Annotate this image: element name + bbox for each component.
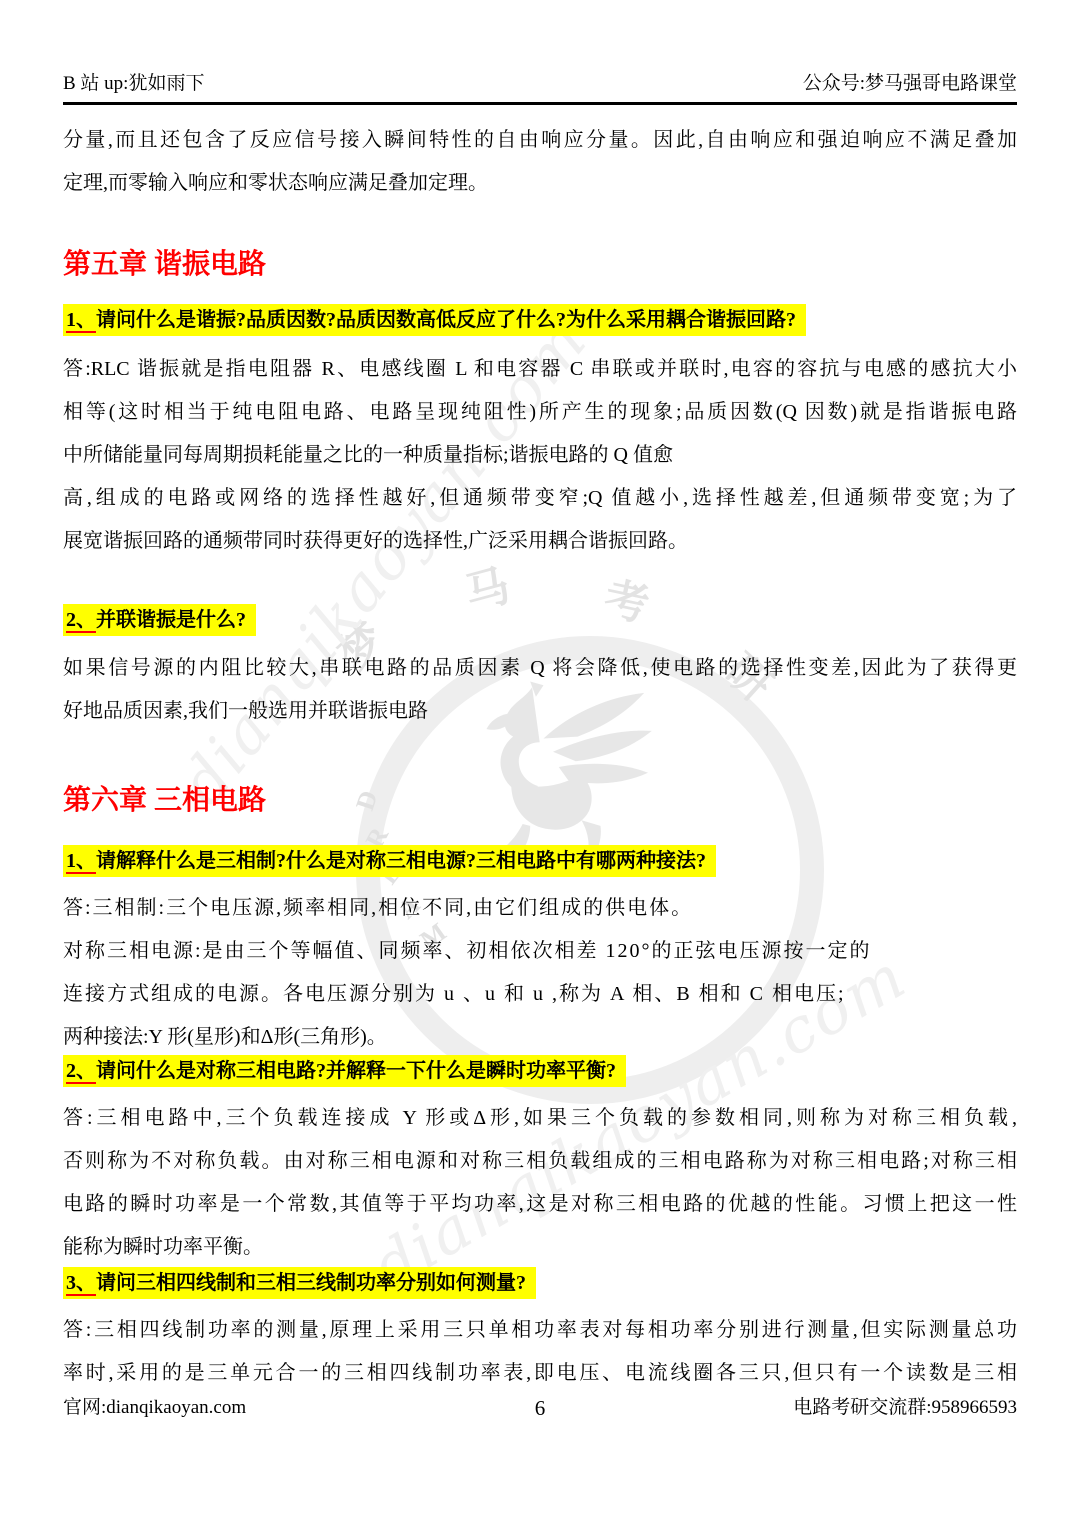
highlighted-question: 3、请问三相四线制和三相三线制功率分别如何测量? [63, 1267, 536, 1299]
highlighted-question: 1、请解释什么是三相制?什么是对称三相电源?三相电路中有哪两种接法? [63, 845, 716, 877]
text-line: 电路的瞬时功率是一个常数,其值等于平均功率,这是对称三相电路的优越的性能。习惯上… [63, 1183, 1017, 1226]
text-line: 率时,采用的是三单元合一的三相四线制功率表,即电压、电流线圈各三只,但只有一个读… [63, 1352, 1017, 1395]
text-line: 否则称为不对称负载。由对称三相电源和对称三相负载组成的三相电路称为对称三相电路;… [63, 1140, 1017, 1183]
page-header: B 站 up:犹如雨下 公众号:梦马强哥电路课堂 [63, 72, 1017, 96]
header-left-bilibili-up: B 站 up:犹如雨下 [63, 72, 204, 96]
question-number: 3、 [66, 1272, 96, 1296]
ch6-answer-1: 答:三相制:三个电压源,频率相同,相位不同,由它们组成的供电体。 对称三相电源:… [63, 887, 1017, 1059]
text-line: 展宽谐振回路的通频带同时获得更好的选择性,广泛采用耦合谐振回路。 [63, 520, 1017, 563]
intro-paragraph: 分量,而且还包含了反应信号接入瞬间特性的自由响应分量。因此,自由响应和强迫响应不… [63, 119, 1017, 205]
text-line: 分量,而且还包含了反应信号接入瞬间特性的自由响应分量。因此,自由响应和强迫响应不… [63, 119, 1017, 162]
text-line: 定理,而零输入响应和零状态响应满足叠加定理。 [63, 162, 1017, 205]
text-line: 相等(这时相当于纯电阻电路、电路呈现纯阻性)所产生的现象;品质因数(Q 因数)就… [63, 391, 1017, 434]
text-line: 答:三相四线制功率的测量,原理上采用三只单相功率表对每相功率分别进行测量,但实际… [63, 1309, 1017, 1352]
text-line: 对称三相电源:是由三个等幅值、同频率、初相依次相差 120°的正弦电压源按一定的 [63, 930, 1017, 973]
question-text: 并联谐振是什么? [96, 609, 246, 631]
ch5-question-1: 1、请问什么是谐振?品质因数?品质因数高低反应了什么?为什么采用耦合谐振回路? [63, 304, 1017, 336]
question-text: 请问什么是对称三相电路?并解释一下什么是瞬时功率平衡? [96, 1060, 616, 1082]
highlighted-question: 1、请问什么是谐振?品质因数?品质因数高低反应了什么?为什么采用耦合谐振回路? [63, 304, 806, 336]
question-number: 1、 [66, 850, 96, 874]
header-divider [63, 102, 1017, 105]
highlighted-question: 2、并联谐振是什么? [63, 604, 256, 636]
text-line: 答:三相制:三个电压源,频率相同,相位不同,由它们组成的供电体。 [63, 887, 1017, 930]
text-line: 如果信号源的内阻比较大,串联电路的品质因素 Q 将会降低,使电路的选择性变差,因… [63, 647, 1017, 690]
footer-website: 官网:dianqikaoyan.com [63, 1396, 246, 1420]
highlighted-question: 2、请问什么是对称三相电路?并解释一下什么是瞬时功率平衡? [63, 1055, 626, 1087]
footer-qq-group: 电路考研交流群:958966593 [793, 1396, 1017, 1420]
ch6-answer-3: 答:三相四线制功率的测量,原理上采用三只单相功率表对每相功率分别进行测量,但实际… [63, 1309, 1017, 1395]
ch6-answer-2: 答:三相电路中,三个负载连接成 Y 形或Δ形,如果三个负载的参数相同,则称为对称… [63, 1097, 1017, 1269]
question-text: 请解释什么是三相制?什么是对称三相电源?三相电路中有哪两种接法? [96, 850, 706, 872]
ring-letter-d: D [350, 787, 383, 814]
page-footer: 官网:dianqikaoyan.com 6 电路考研交流群:958966593 [63, 1396, 1017, 1422]
page-number: 6 [535, 1396, 546, 1420]
question-number: 2、 [66, 609, 96, 633]
question-text: 请问三相四线制和三相三线制功率分别如何测量? [96, 1272, 526, 1294]
text-line: 中所储能量同每周期损耗能量之比的一种质量指标;谐振电路的 Q 值愈 [63, 434, 1017, 477]
text-line: 答:RLC 谐振就是指电阻器 R、电感线圈 L 和电容器 C 串联或并联时,电容… [63, 348, 1017, 391]
ch6-question-2: 2、请问什么是对称三相电路?并解释一下什么是瞬时功率平衡? [63, 1055, 1017, 1087]
ch5-answer-2: 如果信号源的内阻比较大,串联电路的品质因素 Q 将会降低,使电路的选择性变差,因… [63, 647, 1017, 733]
text-line: 连接方式组成的电源。各电压源分别为 u 、u 和 u ,称为 A 相、B 相和 … [63, 973, 1017, 1016]
chapter-5-heading: 第五章 谐振电路 [63, 248, 266, 282]
text-line: 高,组成的电路或网络的选择性越好,但通频带变窄;Q 值越小,选择性越差,但通频带… [63, 477, 1017, 520]
text-line: 好地品质因素,我们一般选用并联谐振电路 [63, 690, 1017, 733]
document-page: 梦 马 考 研 D R E A M dianqikaoyan.com dianq… [0, 0, 1080, 1527]
ch6-question-1: 1、请解释什么是三相制?什么是对称三相电源?三相电路中有哪两种接法? [63, 845, 1017, 877]
question-number: 2、 [66, 1060, 96, 1084]
header-right-wechat-account: 公众号:梦马强哥电路课堂 [803, 72, 1017, 96]
question-number: 1、 [66, 309, 96, 333]
text-line: 答:三相电路中,三个负载连接成 Y 形或Δ形,如果三个负载的参数相同,则称为对称… [63, 1097, 1017, 1140]
text-line: 能称为瞬时功率平衡。 [63, 1226, 1017, 1269]
text-line: 两种接法:Y 形(星形)和Δ形(三角形)。 [63, 1016, 1017, 1059]
ch5-answer-1: 答:RLC 谐振就是指电阻器 R、电感线圈 L 和电容器 C 串联或并联时,电容… [63, 348, 1017, 563]
question-text: 请问什么是谐振?品质因数?品质因数高低反应了什么?为什么采用耦合谐振回路? [96, 309, 796, 331]
ch5-question-2: 2、并联谐振是什么? [63, 604, 1017, 636]
chapter-6-heading: 第六章 三相电路 [63, 784, 266, 818]
ch6-question-3: 3、请问三相四线制和三相三线制功率分别如何测量? [63, 1267, 1017, 1299]
